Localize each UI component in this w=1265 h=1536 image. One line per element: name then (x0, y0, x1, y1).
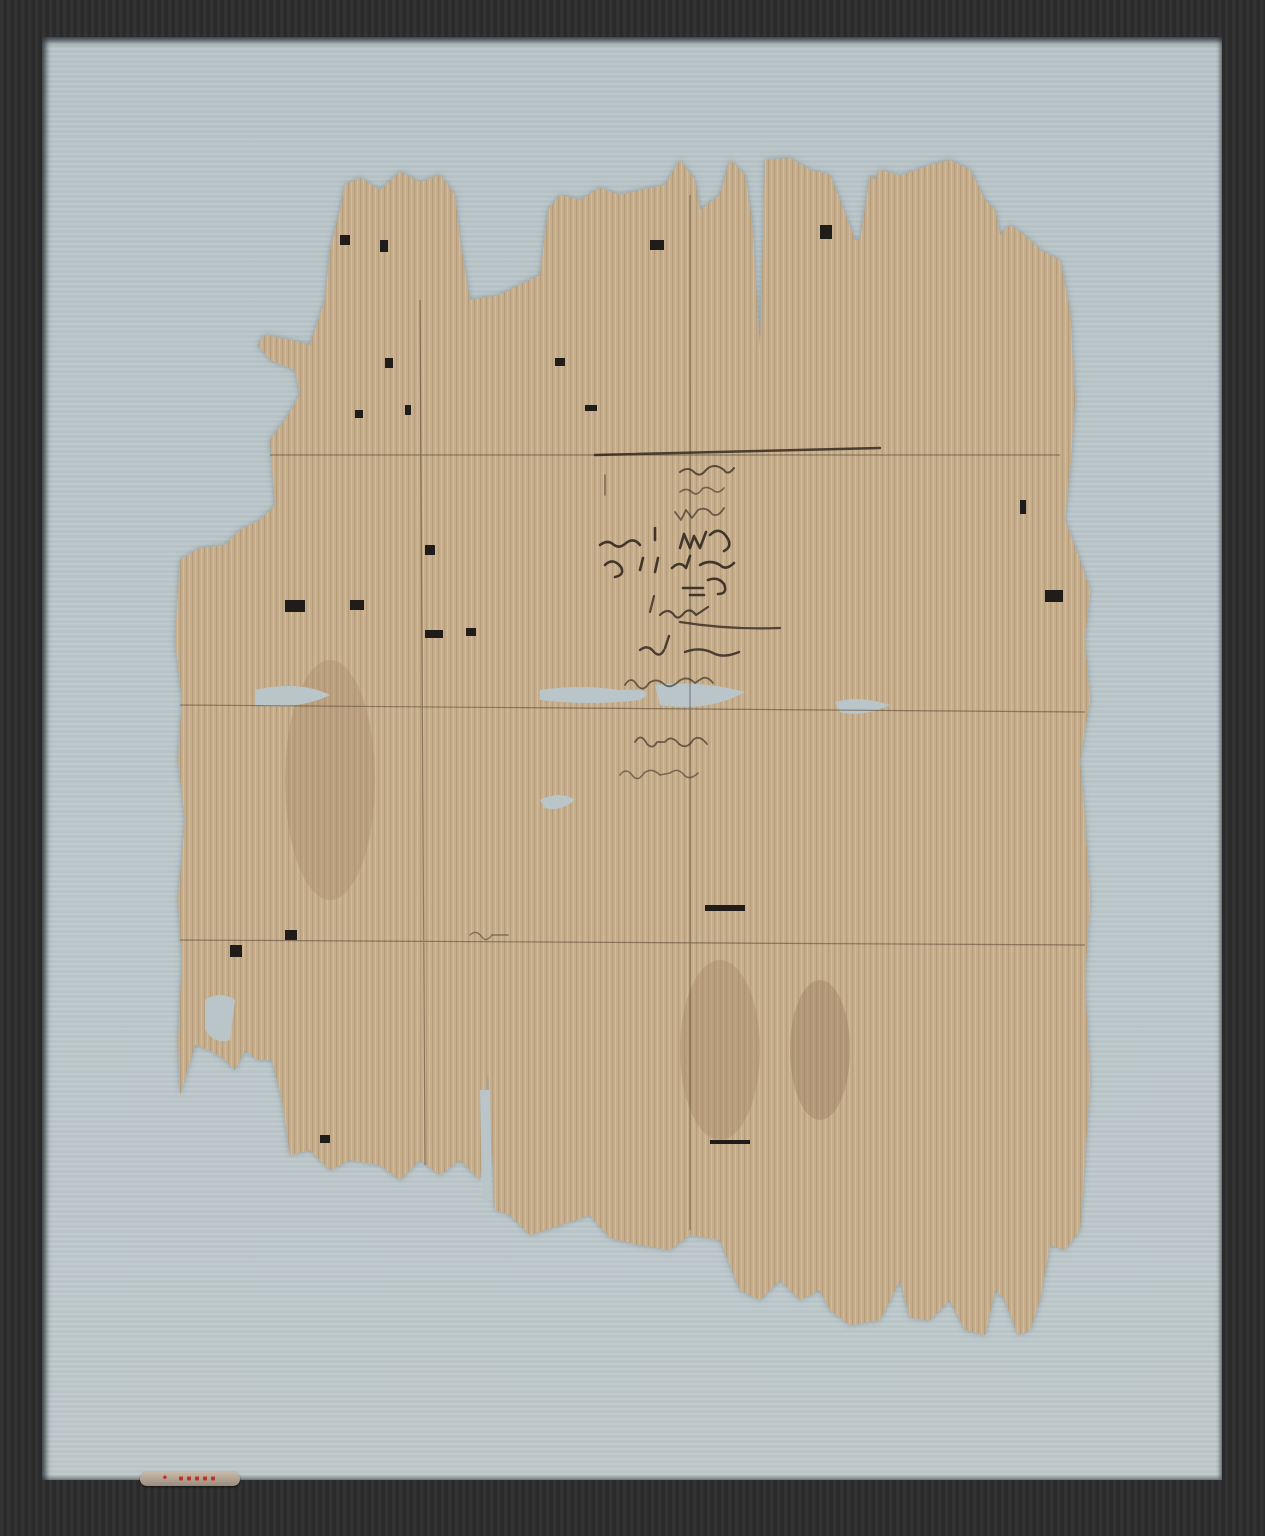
papyrus-fragment (0, 0, 1265, 1536)
inventory-label: • ▪▪▪▪▪ (140, 1472, 240, 1486)
